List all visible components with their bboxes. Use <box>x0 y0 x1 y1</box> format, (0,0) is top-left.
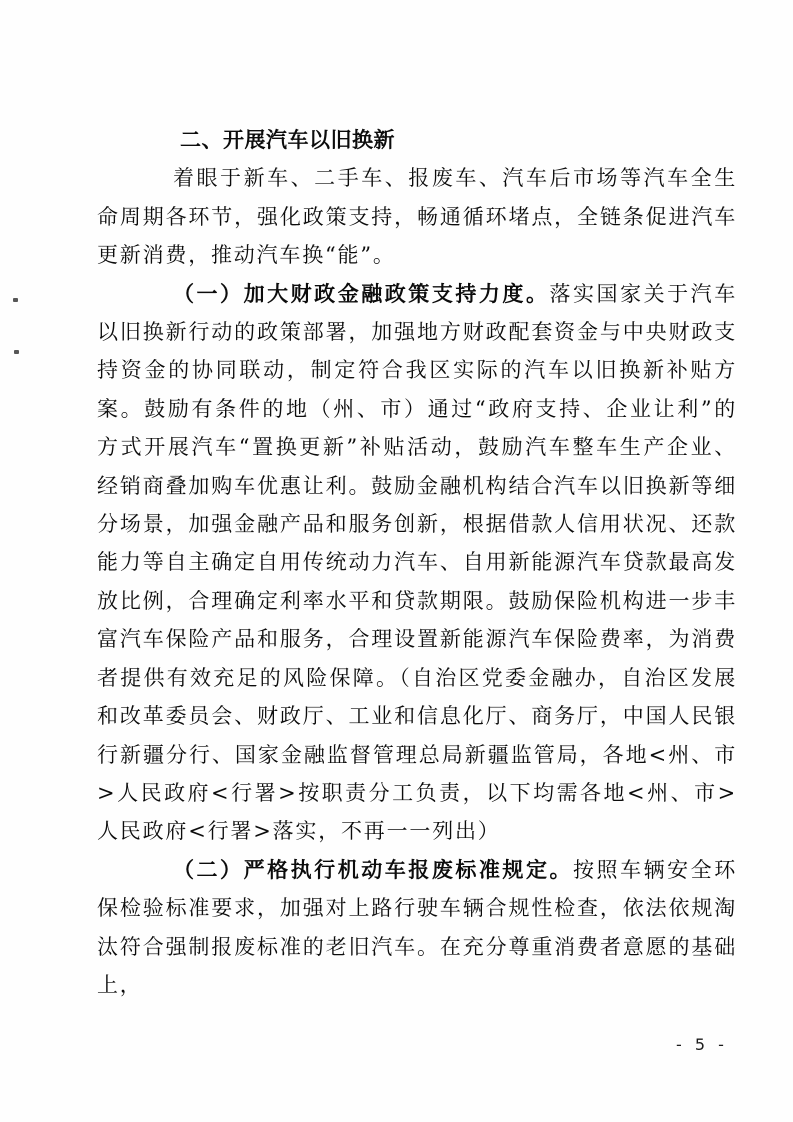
scan-speck <box>14 350 19 354</box>
document-body: 二、开展汽车以旧换新 着眼于新车、二手车、报废车、汽车后市场等汽车全生命周期各环… <box>97 121 737 1004</box>
paragraph-item-2: （二）严格执行机动车报废标准规定。按照车辆安全环保检验标准要求，加强对上路行驶车… <box>97 851 737 1005</box>
paragraph-overview-text: 着眼于新车、二手车、报废车、汽车后市场等汽车全生命周期各环节，强化政策支持，畅通… <box>97 166 737 267</box>
section-heading: 二、开展汽车以旧换新 <box>97 121 737 159</box>
scan-speck <box>13 298 18 302</box>
paragraph-item-1-text: 落实国家关于汽车以旧换新行动的政策部署，加强地方财政配套资金与中央财政支持资金的… <box>97 282 737 844</box>
paragraph-item-1-lead: （一）加大财政金融政策支持力度。 <box>173 282 549 306</box>
document-page: 二、开展汽车以旧换新 着眼于新车、二手车、报废车、汽车后市场等汽车全生命周期各环… <box>0 0 793 1122</box>
paragraph-item-1: （一）加大财政金融政策支持力度。落实国家关于汽车以旧换新行动的政策部署，加强地方… <box>97 275 737 851</box>
page-number: - 5 - <box>676 1035 728 1054</box>
paragraph-item-2-lead: （二）严格执行机动车报废标准规定。 <box>173 858 573 882</box>
paragraph-overview: 着眼于新车、二手车、报废车、汽车后市场等汽车全生命周期各环节，强化政策支持，畅通… <box>97 159 737 274</box>
